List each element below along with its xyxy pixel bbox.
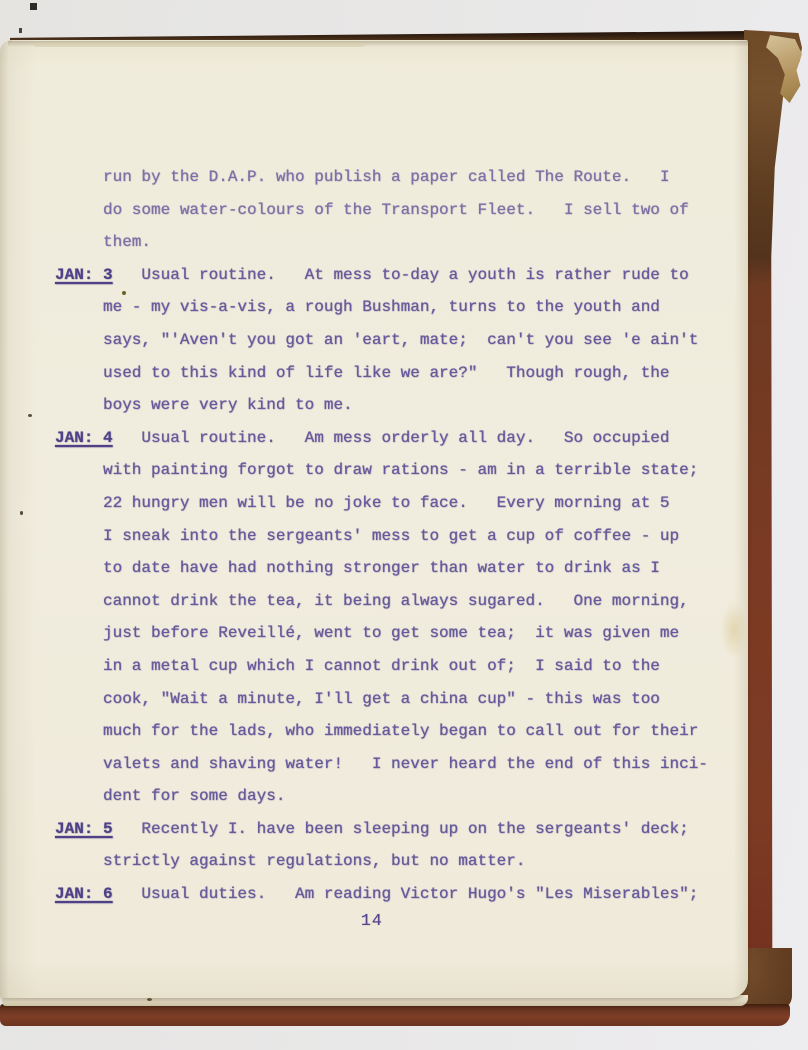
- paper-speck: [20, 511, 23, 515]
- typed-text: to date have had nothing stronger than w…: [103, 559, 660, 577]
- book-cover-bottom-edge: [0, 1004, 790, 1026]
- typed-line: in a metal cup which I cannot drink out …: [103, 650, 708, 683]
- typed-text: Usual routine. At mess to-day a youth is…: [103, 266, 689, 284]
- typed-line: cannot drink the tea, it being always su…: [103, 585, 708, 618]
- typed-text: in a metal cup which I cannot drink out …: [103, 657, 660, 675]
- book-cover-right-edge: [744, 30, 802, 1014]
- top-page-edge-highlight: [34, 43, 364, 47]
- entry-date-label: JAN: 5: [55, 813, 113, 846]
- typed-line: boys were very kind to me.: [103, 389, 708, 422]
- typed-text: run by the D.A.P. who publish a paper ca…: [103, 168, 670, 186]
- typed-text: Usual duties. Am reading Victor Hugo's "…: [103, 885, 698, 903]
- typed-text: Recently I. have been sleeping up on the…: [103, 820, 689, 838]
- typed-text: me - my vis-a-vis, a rough Bushman, turn…: [103, 298, 660, 316]
- typed-text: boys were very kind to me.: [103, 396, 353, 414]
- typed-line: JAN: 4 Usual routine. Am mess orderly al…: [103, 422, 708, 455]
- typed-text: strictly against regulations, but no mat…: [103, 852, 525, 870]
- typed-line: valets and shaving water! I never heard …: [103, 748, 708, 781]
- typed-line: 22 hungry men will be no joke to face. E…: [103, 487, 708, 520]
- typewritten-text: run by the D.A.P. who publish a paper ca…: [103, 161, 708, 911]
- typed-line: much for the lads, who immediately began…: [103, 715, 708, 748]
- paper-stain: [720, 600, 748, 660]
- typed-text: valets and shaving water! I never heard …: [103, 755, 708, 773]
- typed-text: with painting forgot to draw rations - a…: [103, 461, 698, 479]
- page-number: 14: [361, 911, 383, 930]
- typed-line: JAN: 5 Recently I. have been sleeping up…: [103, 813, 708, 846]
- typed-line: me - my vis-a-vis, a rough Bushman, turn…: [103, 291, 708, 324]
- typed-line: JAN: 6 Usual duties. Am reading Victor H…: [103, 878, 708, 911]
- typed-text: them.: [103, 233, 151, 251]
- typed-line: I sneak into the sergeants' mess to get …: [103, 520, 708, 553]
- typed-text: I sneak into the sergeants' mess to get …: [103, 527, 679, 545]
- entry-date-label: JAN: 6: [55, 878, 113, 911]
- calibration-dot: [19, 28, 22, 33]
- typed-text: says, "'Aven't you got an 'eart, mate; c…: [103, 331, 698, 349]
- typed-text: just before Reveillé, went to get some t…: [103, 624, 679, 642]
- calibration-mark: [30, 3, 37, 10]
- typed-line: run by the D.A.P. who publish a paper ca…: [103, 161, 708, 194]
- paper-speck: [147, 998, 152, 1001]
- typed-line: strictly against regulations, but no mat…: [103, 845, 708, 878]
- typed-text: cannot drink the tea, it being always su…: [103, 592, 689, 610]
- typed-text: cook, "Wait a minute, I'll get a china c…: [103, 690, 660, 708]
- typed-text: much for the lads, who immediately began…: [103, 722, 698, 740]
- typed-line: to date have had nothing stronger than w…: [103, 552, 708, 585]
- typed-line: just before Reveillé, went to get some t…: [103, 617, 708, 650]
- entry-date-label: JAN: 4: [55, 422, 113, 455]
- typed-text: Usual routine. Am mess orderly all day. …: [103, 429, 670, 447]
- typed-line: with painting forgot to draw rations - a…: [103, 454, 708, 487]
- typed-line: cook, "Wait a minute, I'll get a china c…: [103, 683, 708, 716]
- typed-text: used to this kind of life like we are?" …: [103, 364, 670, 382]
- typed-text: dent for some days.: [103, 787, 285, 805]
- typed-line: do some water-colours of the Transport F…: [103, 194, 708, 227]
- typed-line: used to this kind of life like we are?" …: [103, 357, 708, 390]
- typed-line: JAN: 3 Usual routine. At mess to-day a y…: [103, 259, 708, 292]
- typed-line: dent for some days.: [103, 780, 708, 813]
- typed-line: them.: [103, 226, 708, 259]
- diary-page-photo: run by the D.A.P. who publish a paper ca…: [0, 0, 808, 1050]
- typed-text: 22 hungry men will be no joke to face. E…: [103, 494, 670, 512]
- typed-text: do some water-colours of the Transport F…: [103, 201, 689, 219]
- typed-line: says, "'Aven't you got an 'eart, mate; c…: [103, 324, 708, 357]
- entry-date-label: JAN: 3: [55, 259, 113, 292]
- paper-speck: [28, 414, 32, 417]
